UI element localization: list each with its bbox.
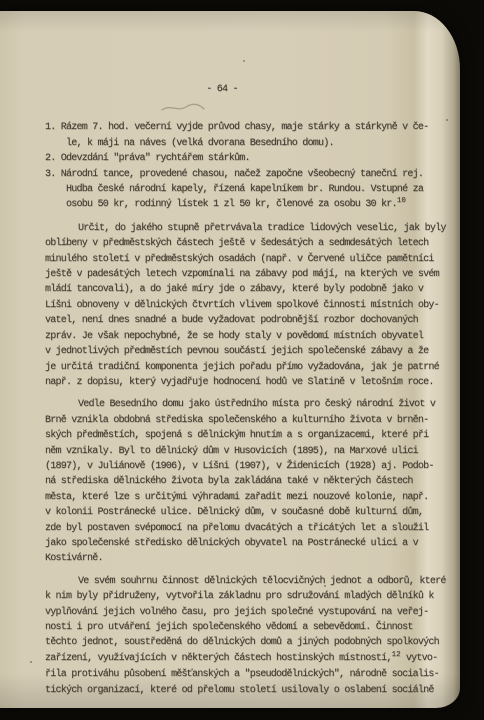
text-line: mládí tancovali), a do jaké míry jde o z… [45, 282, 455, 297]
book-page: - 64 - 1. Rázem 7. hod. večerní vyjde pr… [0, 11, 460, 708]
paper-speck [243, 60, 245, 62]
text-line: oblíbeny v předměstských částech ještě v… [45, 236, 455, 251]
text-line: minulého století v předměstských osadách… [45, 252, 455, 267]
text-line: le, k máji na náves (velká dvorana Besed… [45, 136, 455, 151]
text-line: vatel, není dnes snadné a bude vyžadovat… [45, 313, 455, 328]
paper-speck [30, 661, 32, 663]
page-number: - 64 - [17, 82, 427, 97]
text-line: Hudba české národní kapely, řízená kapel… [45, 182, 455, 197]
text-line: jako společenské středisko dělnických ob… [45, 536, 455, 551]
text-line: Určit, do jakého stupně přetrvávala trad… [45, 221, 455, 236]
text-line: v jednotlivých předměstích pevnou součás… [45, 344, 455, 359]
page-content: - 64 - 1. Rázem 7. hod. večerní vyjde pr… [45, 11, 455, 698]
text-line: (1897), v Juliánově (1906), v Líšni (190… [45, 459, 455, 474]
text-line: k nim byly přidruženy, vytvořila základn… [45, 589, 455, 604]
page-body: 1. Rázem 7. hod. večerní vyjde průvod ch… [45, 120, 455, 698]
text-line: tických organizací, které od přelomu sto… [45, 683, 455, 698]
pencil-mark [160, 102, 206, 114]
text-line: např. z dopisu, který vyjadřuje hodnocen… [45, 375, 455, 390]
text-line: něm vznikaly. Byl to dělnický dům v Huso… [45, 444, 455, 459]
text-line: ještě v padesátých letech vzpomínali na … [45, 267, 455, 282]
text-line: těchto jednot, soustředěná do dělnických… [45, 635, 455, 650]
text-line: v kolonii Postránecké ulice. Dělnický dů… [45, 505, 455, 520]
footnote-ref: 12 [392, 651, 401, 659]
footnote-ref: 10 [397, 197, 406, 205]
text-line: zpráv. Je však nepochybné, že se hody st… [45, 329, 455, 344]
text-line: vyplňování jejich volného času, pro jeji… [45, 605, 455, 620]
text-line: zařízení, využívajících v některých část… [45, 651, 455, 667]
text-line: je určitá tradiční komponenta jejich poř… [45, 360, 455, 375]
paper-speck [324, 585, 326, 587]
text-line: osobu 50 kr, rodinný lístek 1 zl 50 kr, … [45, 197, 455, 213]
text-line: 2. Odevzdání "práva" rychtářem stárkům. [45, 151, 455, 166]
text-line: Kostivárně. [45, 551, 455, 566]
text-line: 1. Rázem 7. hod. večerní vyjde průvod ch… [45, 120, 455, 135]
text-line: nosti i pro utváření jejich společenskéh… [45, 620, 455, 635]
text-line: ná střediska dělnického života byla zakl… [45, 474, 455, 489]
text-line: ských předměstích, spojená s dělnickým h… [45, 428, 455, 443]
paper-speck [66, 243, 68, 245]
text-line: Líšni obnoveny v dělnických čtvrtích vli… [45, 298, 455, 313]
text-line: Vedle Besedního domu jako ústředního mís… [45, 397, 455, 412]
text-line: 3. Národní tance, provedené chasou, nače… [45, 167, 455, 182]
paper-speck [446, 119, 448, 121]
text-line: Brně vznikla obdobná střediska společens… [45, 413, 455, 428]
text-line: města, které lze s určitými výhradami za… [45, 490, 455, 505]
text-line: řila protiváhu působení měšťanských a "p… [45, 667, 455, 682]
text-line: zde byl postaven svépomocí na přelomu dv… [45, 521, 455, 536]
text-line: Ve svém souhrnu činnost dělnických těloc… [45, 574, 455, 589]
